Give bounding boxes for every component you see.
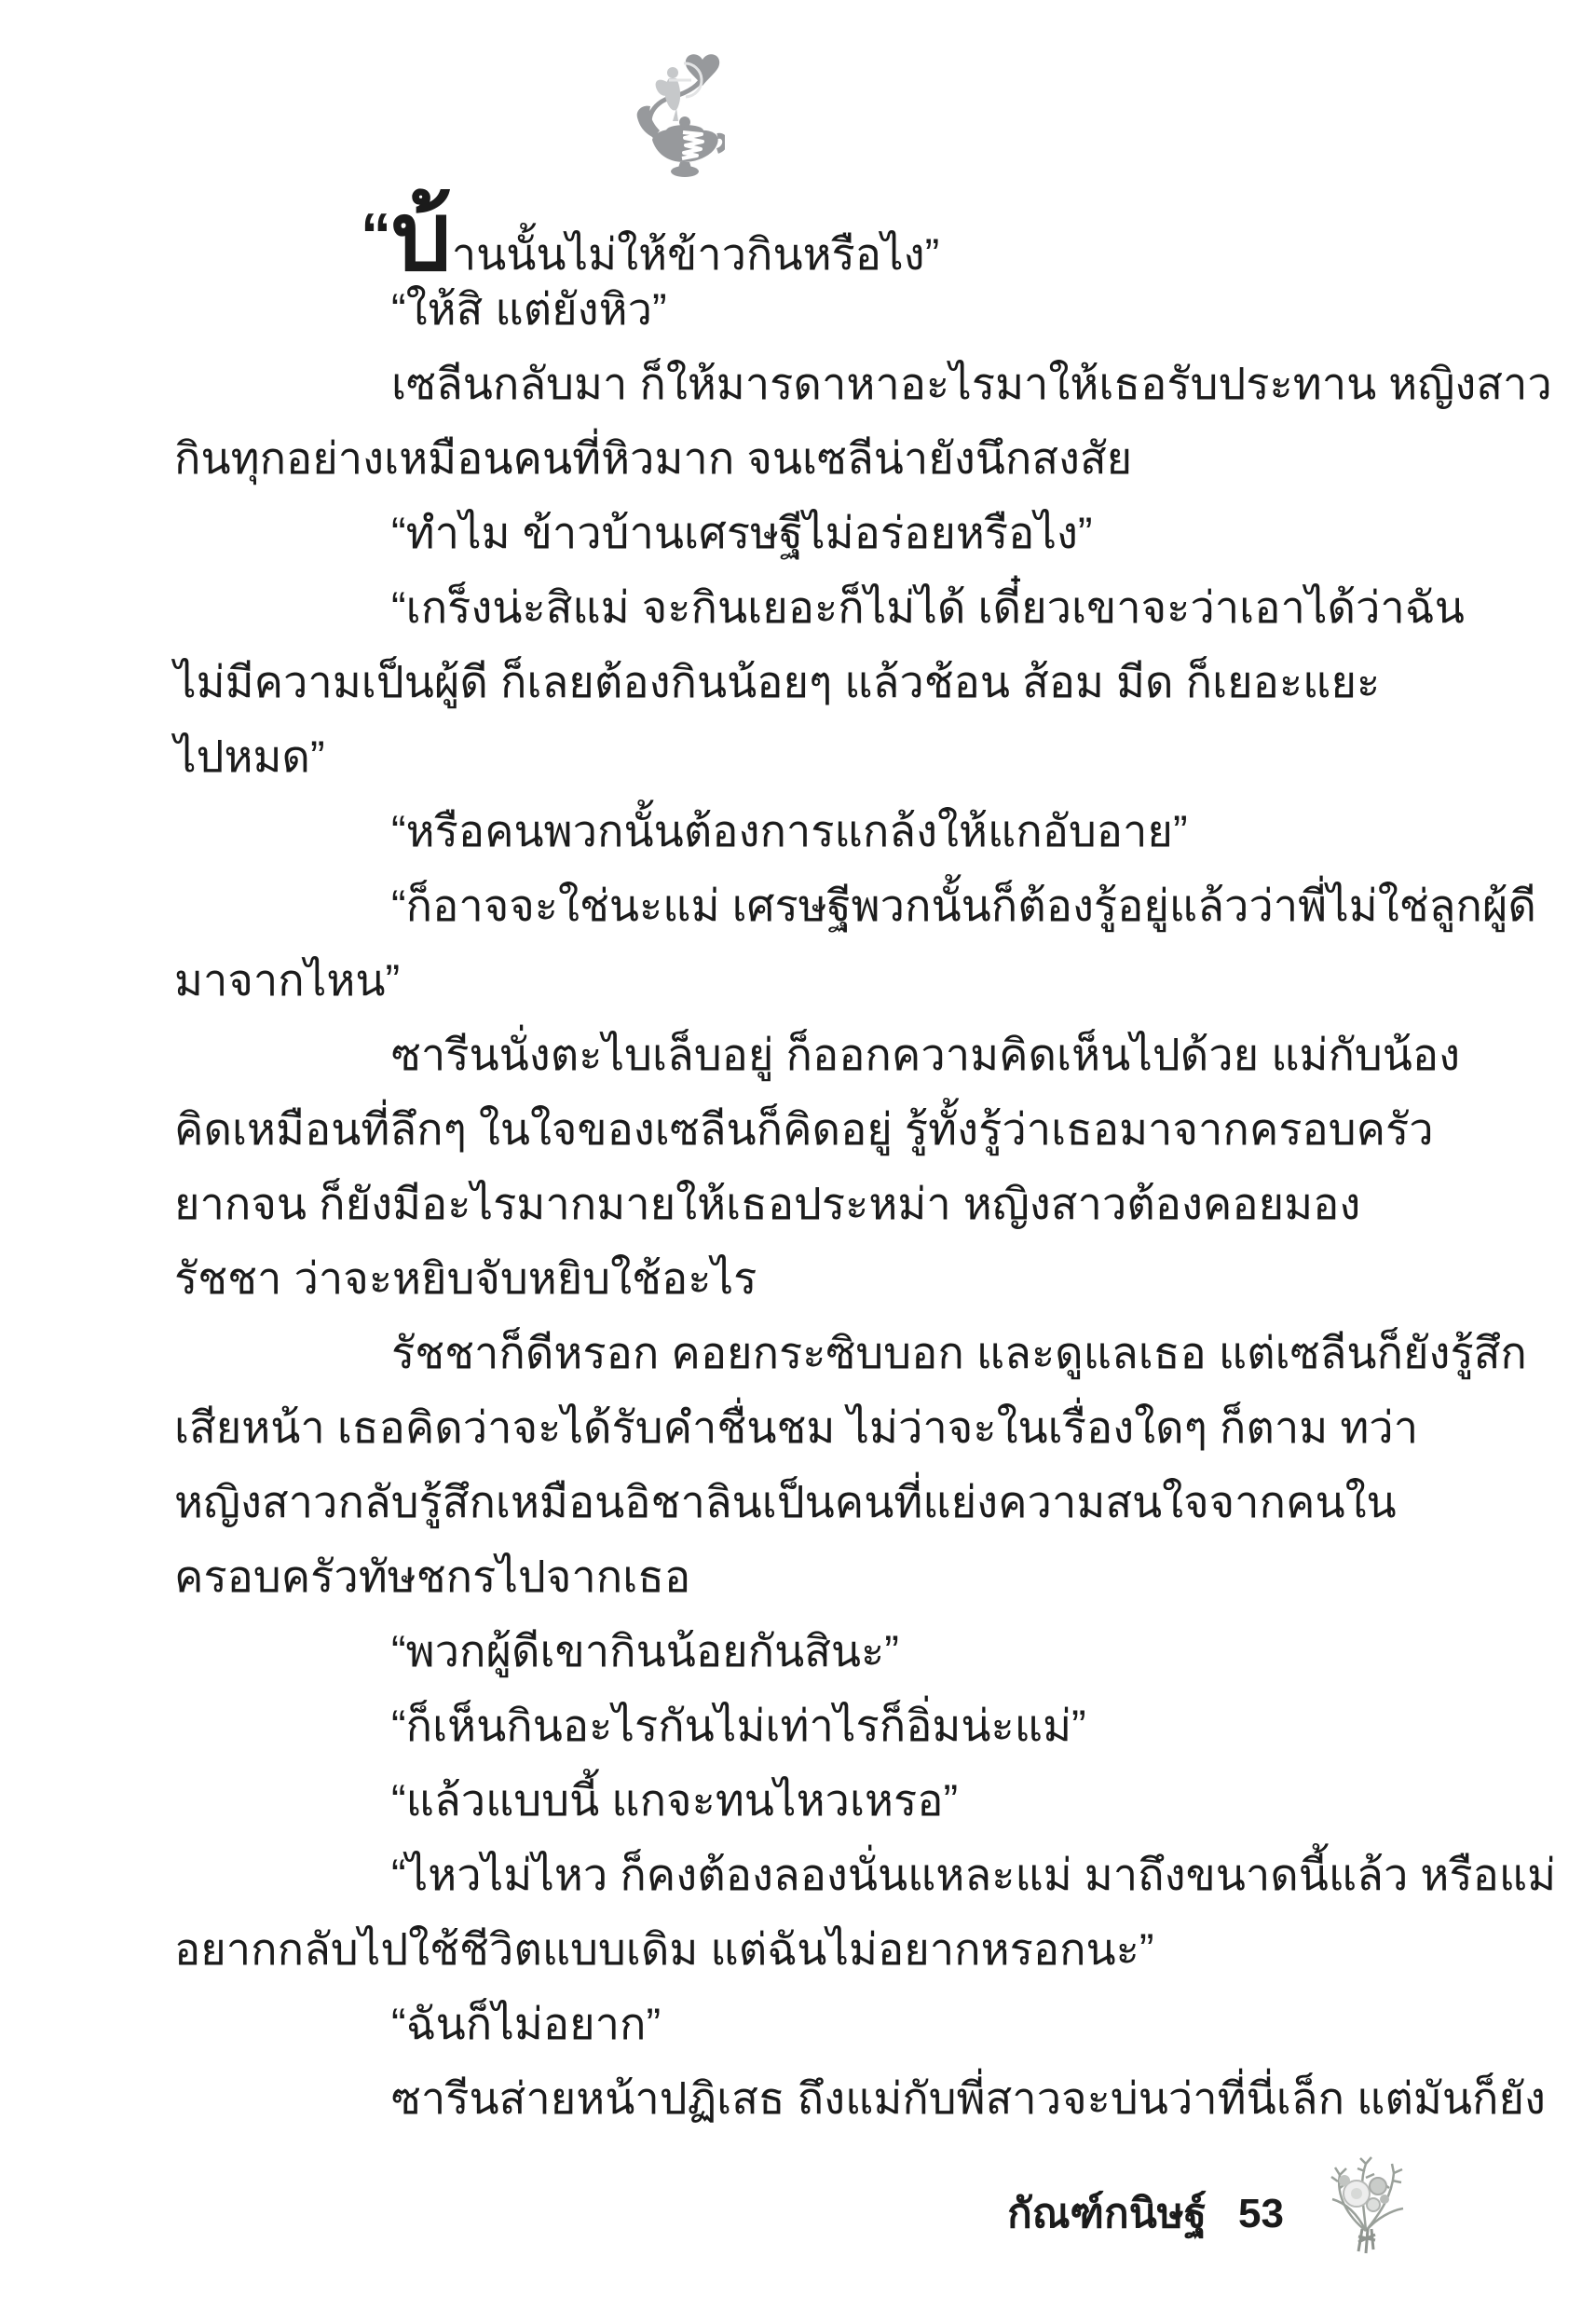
text-line: คิดเหมือนที่ลึกๆ ในใจของเซลีนก็คิดอยู่ ร… xyxy=(174,1092,1432,1167)
lamp-body xyxy=(637,106,725,177)
text-line: “ก็เห็นกินอะไรกันไม่เท่าไรก็อิ่มน่ะแม่” xyxy=(174,1689,1432,1763)
text-line: รัชชา ว่าจะหยิบจับหยิบใช้อะไร xyxy=(174,1241,1432,1316)
bouquet-stems xyxy=(1358,2229,1375,2253)
page-body: “บ้านนั้นไม่ให้ข้าวกินหรือไง” “ให้สิ แต่… xyxy=(174,198,1432,2136)
book-page: “บ้านนั้นไม่ให้ข้าวกินหรือไง” “ให้สิ แต่… xyxy=(0,0,1596,2311)
text-line: ซารีนนั่งตะไบเล็บอยู่ ก็ออกความคิดเห็นไป… xyxy=(174,1018,1432,1092)
text-line: ครอบครัวทัษชกรไปจากเธอ xyxy=(174,1539,1432,1614)
text-line: เซลีนกลับมา ก็ให้มารดาหาอะไรมาให้เธอรับป… xyxy=(174,347,1432,421)
text-line: มาจากไหน” xyxy=(174,943,1432,1018)
text-line: “แล้วแบบนี้ แกจะทนไหวเหรอ” xyxy=(174,1763,1432,1838)
text-line: “ฉันก็ไม่อยาก” xyxy=(174,1987,1432,2061)
page-footer: กัณฑ์กนิษฐ์53 xyxy=(1007,2184,1284,2244)
text-line: ไม่มีความเป็นผู้ดี ก็เลยต้องกินน้อยๆ แล้… xyxy=(174,645,1432,719)
text-line: “ให้สิ แต่ยังหิว” xyxy=(174,272,1432,347)
text-line: “ทำไม ข้าวบ้านเศรษฐีไม่อร่อยหรือไง” xyxy=(174,496,1432,570)
flower-bouquet-icon xyxy=(1319,2151,1412,2258)
text-line: รัชชาก็ดีหรอก คอยกระซิบบอก และดูแลเธอ แต… xyxy=(174,1316,1432,1390)
text-line: ยากจน ก็ยังมีอะไรมากมายให้เธอประหม่า หญิ… xyxy=(174,1167,1432,1241)
text-line: ซารีนส่ายหน้าปฏิเสธ ถึงแม่กับพี่สาวจะบ่น… xyxy=(174,2061,1432,2136)
genie-lamp-icon xyxy=(632,48,725,179)
text-lines: “ให้สิ แต่ยังหิว” เซลีนกลับมา ก็ให้มารดา… xyxy=(174,272,1432,2136)
text-line: อยากกลับไปใช้ชีวิตแบบเดิม แต่ฉันไม่อยากห… xyxy=(174,1912,1432,1987)
text-line: “ไหวไม่ไหว ก็คงต้องลองนั่นแหละแม่ มาถึงข… xyxy=(174,1838,1432,1912)
text-line: “หรือคนพวกนั้นต้องการแกล้งให้แกอับอาย” xyxy=(174,794,1432,868)
page-number: 53 xyxy=(1238,2191,1284,2236)
opening-quote: “ xyxy=(361,200,391,269)
text-line: กินทุกอย่างเหมือนคนที่หิวมาก จนเซลีน่ายั… xyxy=(174,421,1432,496)
opening-line: “บ้านนั้นไม่ให้ข้าวกินหรือไง” xyxy=(174,198,1432,272)
text-line: “ก็อาจจะใช่นะแม่ เศรษฐีพวกนั้นก็ต้องรู้อ… xyxy=(174,868,1432,943)
text-line: เสียหน้า เธอคิดว่าจะได้รับคำชื่นชม ไม่ว่… xyxy=(174,1390,1432,1465)
text-line: “พวกผู้ดีเขากินน้อยกันสินะ” xyxy=(174,1614,1432,1689)
text-line: หญิงสาวกลับรู้สึกเหมือนอิชาลินเป็นคนที่แ… xyxy=(174,1465,1432,1539)
text-line: ไปหมด” xyxy=(174,719,1432,794)
book-title: กัณฑ์กนิษฐ์ xyxy=(1007,2191,1207,2236)
text-line: “เกร็งน่ะสิแม่ จะกินเยอะก็ไม่ได้ เดี๋ยวเ… xyxy=(174,570,1432,645)
